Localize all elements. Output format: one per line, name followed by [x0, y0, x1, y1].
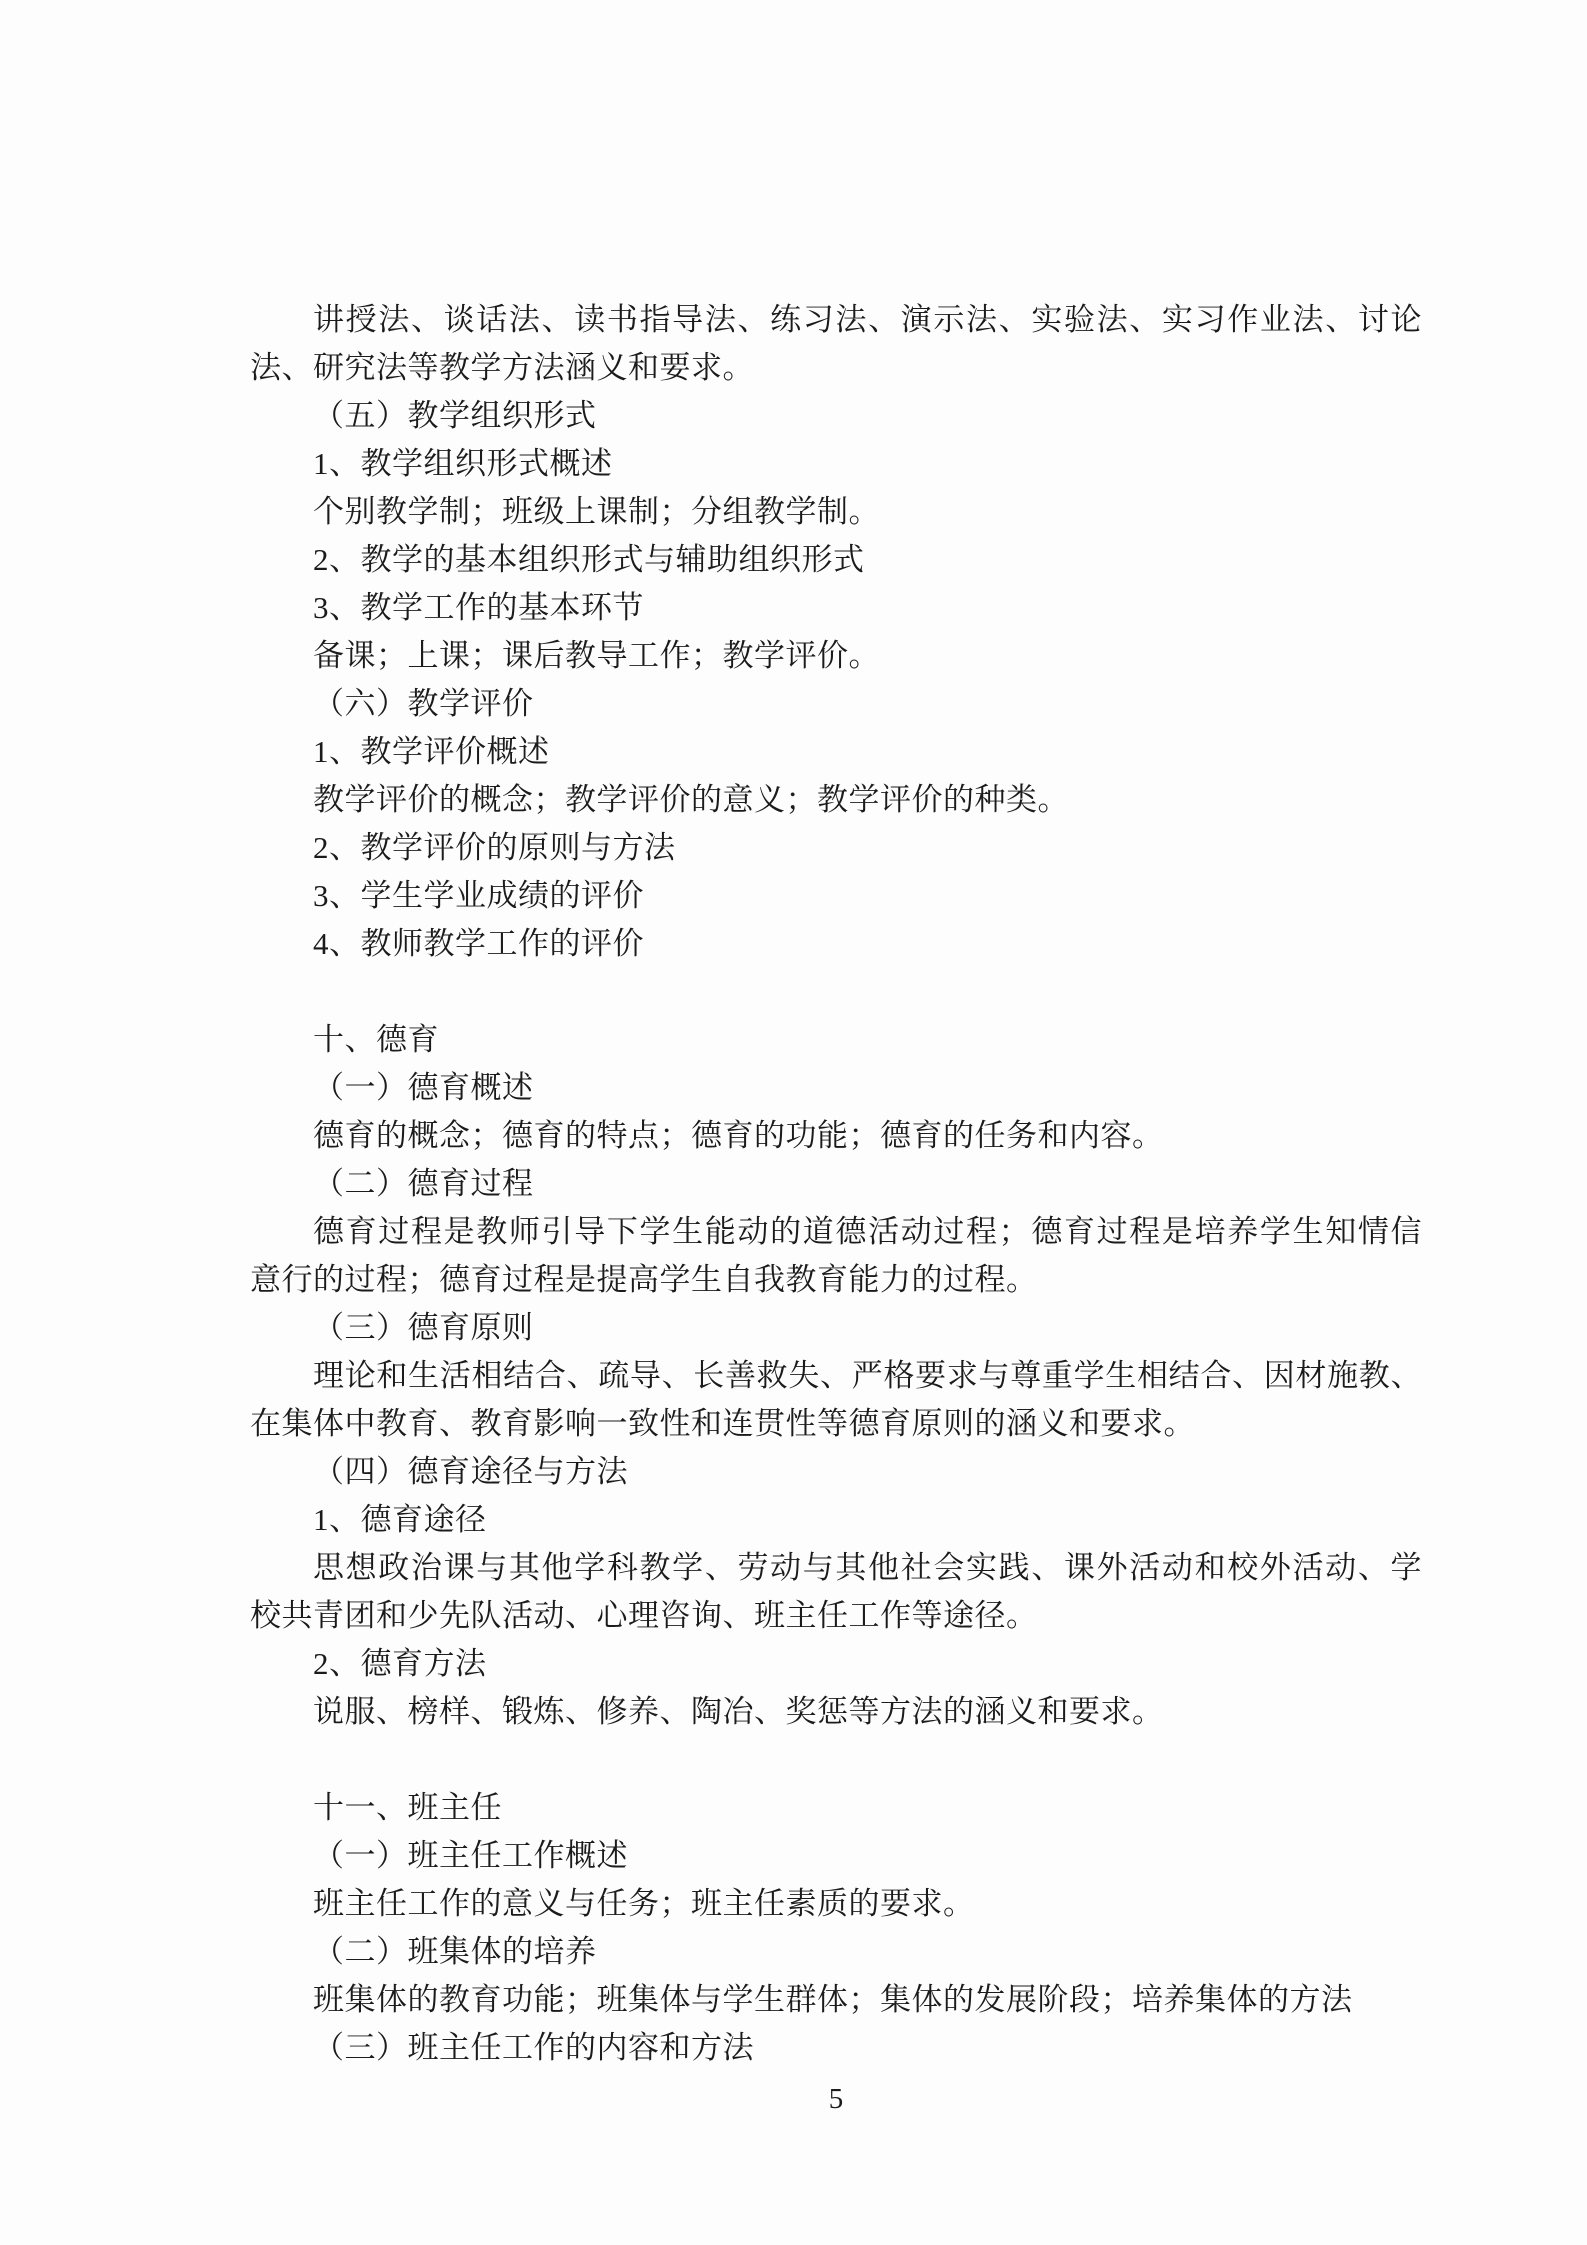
text-line: 3、教学工作的基本环节 [250, 584, 1422, 632]
text-line: 意行的过程；德育过程是提高学生自我教育能力的过程。 [250, 1256, 1422, 1304]
text-line: 4、教师教学工作的评价 [250, 920, 1422, 968]
text-line: 思想政治课与其他学科教学、劳动与其他社会实践、课外活动和校外活动、学 [250, 1544, 1422, 1592]
document-page: 讲授法、谈话法、读书指导法、练习法、演示法、实验法、实习作业法、讨论法、研究法等… [0, 0, 1587, 2245]
text-line: 个别教学制；班级上课制；分组教学制。 [250, 488, 1422, 536]
text-line: 德育的概念；德育的特点；德育的功能；德育的任务和内容。 [250, 1112, 1422, 1160]
text-line: （三）德育原则 [250, 1304, 1422, 1352]
text-line: 法、研究法等教学方法涵义和要求。 [250, 344, 1422, 392]
text-line: 班集体的教育功能；班集体与学生群体；集体的发展阶段；培养集体的方法 [250, 1976, 1422, 2024]
text-line: 讲授法、谈话法、读书指导法、练习法、演示法、实验法、实习作业法、讨论 [250, 296, 1422, 344]
text-line: （三）班主任工作的内容和方法 [250, 2024, 1422, 2072]
text-line: 班主任工作的意义与任务；班主任素质的要求。 [250, 1880, 1422, 1928]
text-line: （四）德育途径与方法 [250, 1448, 1422, 1496]
text-line: 3、学生学业成绩的评价 [250, 872, 1422, 920]
page-number: 5 [250, 2082, 1422, 2116]
text-line: （六）教学评价 [250, 680, 1422, 728]
text-line: （二）班集体的培养 [250, 1928, 1422, 1976]
text-line: （二）德育过程 [250, 1160, 1422, 1208]
text-line: （一）班主任工作概述 [250, 1832, 1422, 1880]
text-line: 2、德育方法 [250, 1640, 1422, 1688]
text-line: 1、教学组织形式概述 [250, 440, 1422, 488]
text-line: 1、德育途径 [250, 1496, 1422, 1544]
document-body: 讲授法、谈话法、读书指导法、练习法、演示法、实验法、实习作业法、讨论法、研究法等… [250, 296, 1422, 2072]
blank-line [250, 968, 1422, 1016]
blank-line [250, 1736, 1422, 1784]
text-line: 2、教学的基本组织形式与辅助组织形式 [250, 536, 1422, 584]
text-line: 十、德育 [250, 1016, 1422, 1064]
text-line: 1、教学评价概述 [250, 728, 1422, 776]
text-line: （一）德育概述 [250, 1064, 1422, 1112]
text-line: 十一、班主任 [250, 1784, 1422, 1832]
text-line: 备课；上课；课后教导工作；教学评价。 [250, 632, 1422, 680]
text-line: 教学评价的概念；教学评价的意义；教学评价的种类。 [250, 776, 1422, 824]
text-line: 在集体中教育、教育影响一致性和连贯性等德育原则的涵义和要求。 [250, 1400, 1422, 1448]
text-line: 校共青团和少先队活动、心理咨询、班主任工作等途径。 [250, 1592, 1422, 1640]
text-line: 说服、榜样、锻炼、修养、陶冶、奖惩等方法的涵义和要求。 [250, 1688, 1422, 1736]
text-line: 德育过程是教师引导下学生能动的道德活动过程；德育过程是培养学生知情信 [250, 1208, 1422, 1256]
text-line: （五）教学组织形式 [250, 392, 1422, 440]
text-line: 理论和生活相结合、疏导、长善救失、严格要求与尊重学生相结合、因材施教、 [250, 1352, 1422, 1400]
text-line: 2、教学评价的原则与方法 [250, 824, 1422, 872]
